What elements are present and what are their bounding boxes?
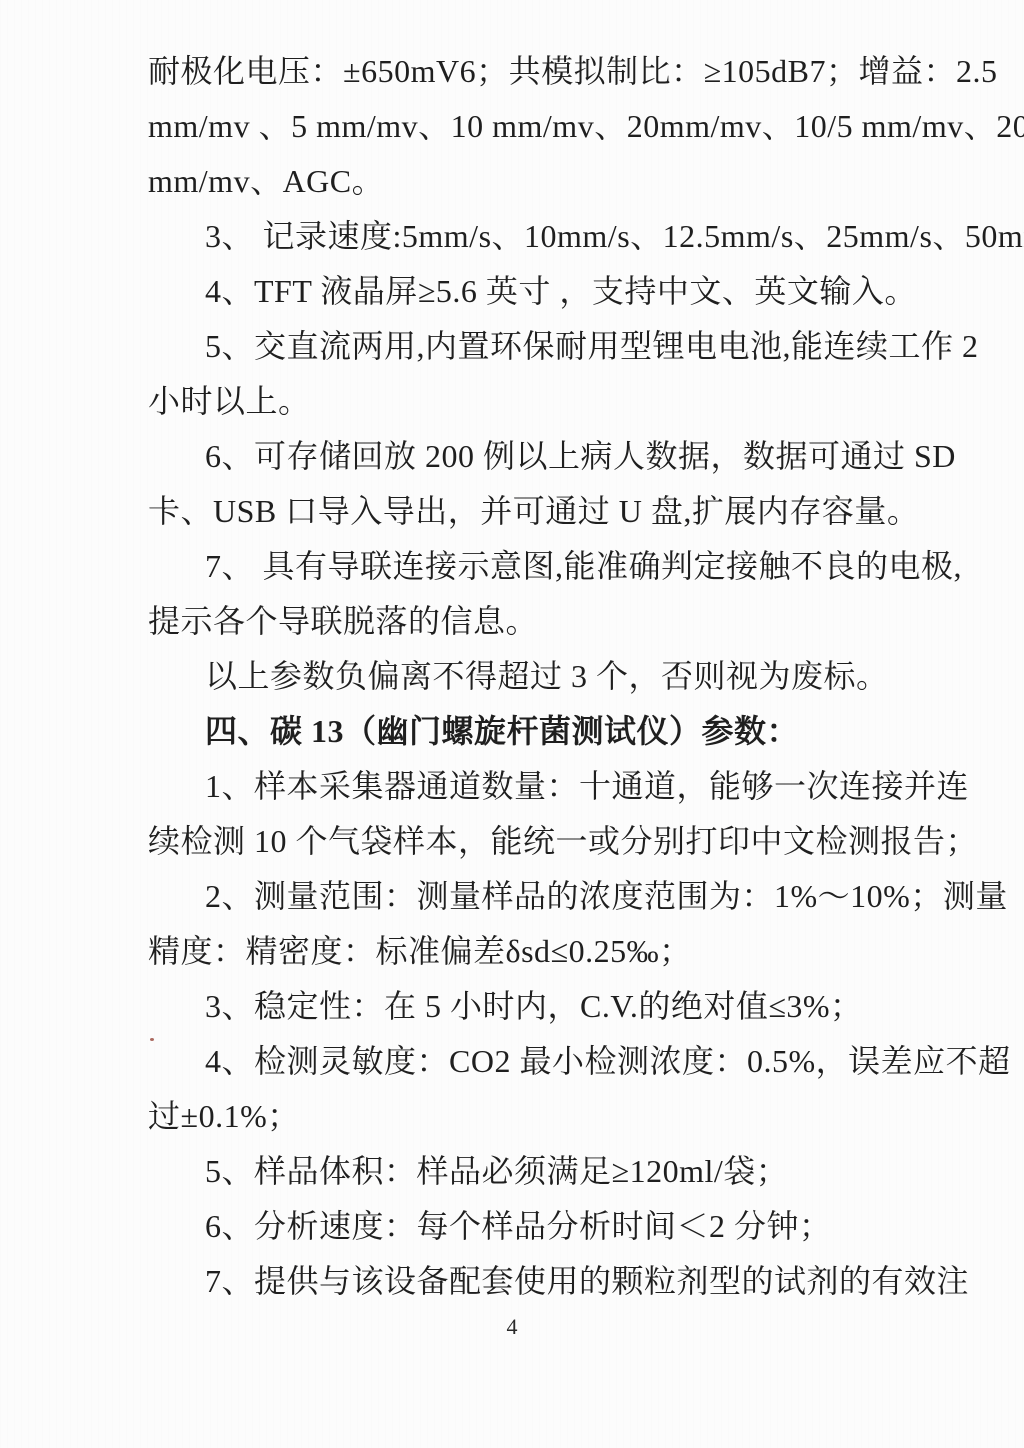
doc-line: 7、 具有导联连接示意图,能准确判定接触不良的电极, <box>148 539 880 594</box>
doc-line: 卡、USB 口导入导出，并可通过 U 盘,扩展内存容量。 <box>148 484 880 539</box>
doc-line: 续检测 10 个气袋样本，能统一或分别打印中文检测报告； <box>148 814 880 869</box>
doc-line: 过±0.1%； <box>148 1089 880 1144</box>
doc-line: 4、检测灵敏度：CO2 最小检测浓度：0.5%，误差应不超 <box>148 1034 880 1089</box>
document-page: 耐极化电压：±650mV6；共模拟制比：≥105dB7；增益：2.5 mm/mv… <box>0 0 1024 1448</box>
doc-line: 2、测量范围：测量样品的浓度范围为：1%～10%；测量 <box>148 869 880 924</box>
doc-line: 提示各个导联脱落的信息。 <box>148 594 880 649</box>
section-heading: 四、碳 13（幽门螺旋杆菌测试仪）参数： <box>148 704 880 759</box>
doc-line: 1、样本采集器通道数量：十通道，能够一次连接并连 <box>148 759 880 814</box>
document-body: 耐极化电压：±650mV6；共模拟制比：≥105dB7；增益：2.5 mm/mv… <box>148 44 880 1309</box>
doc-line: 6、可存储回放 200 例以上病人数据，数据可通过 SD <box>148 429 880 484</box>
doc-line: 以上参数负偏离不得超过 3 个，否则视为废标。 <box>148 649 880 704</box>
scan-speck-artifact <box>150 1038 154 1041</box>
doc-line: 3、稳定性：在 5 小时内，C.V.的绝对值≤3%； <box>148 979 880 1034</box>
doc-line: 耐极化电压：±650mV6；共模拟制比：≥105dB7；增益：2.5 <box>148 44 880 99</box>
doc-line: mm/mv、AGC。 <box>148 154 880 209</box>
doc-line: 4、TFT 液晶屏≥5.6 英寸 ，支持中文、英文输入。 <box>148 264 880 319</box>
doc-line: 7、提供与该设备配套使用的颗粒剂型的试剂的有效注 <box>148 1254 880 1309</box>
doc-line: mm/mv 、5 mm/mv、10 mm/mv、20mm/mv、10/5 mm/… <box>148 99 880 154</box>
doc-line: 3、 记录速度:5mm/s、10mm/s、12.5mm/s、25mm/s、50m… <box>148 209 880 264</box>
page-number: 4 <box>0 1312 1024 1342</box>
doc-line: 6、分析速度：每个样品分析时间＜2 分钟； <box>148 1199 880 1254</box>
doc-line: 精度：精密度：标准偏差δsd≤0.25‰； <box>148 924 880 979</box>
doc-line: 5、交直流两用,内置环保耐用型锂电电池,能连续工作 2 <box>148 319 880 374</box>
doc-line: 小时以上。 <box>148 374 880 429</box>
doc-line: 5、样品体积：样品必须满足≥120ml/袋； <box>148 1144 880 1199</box>
